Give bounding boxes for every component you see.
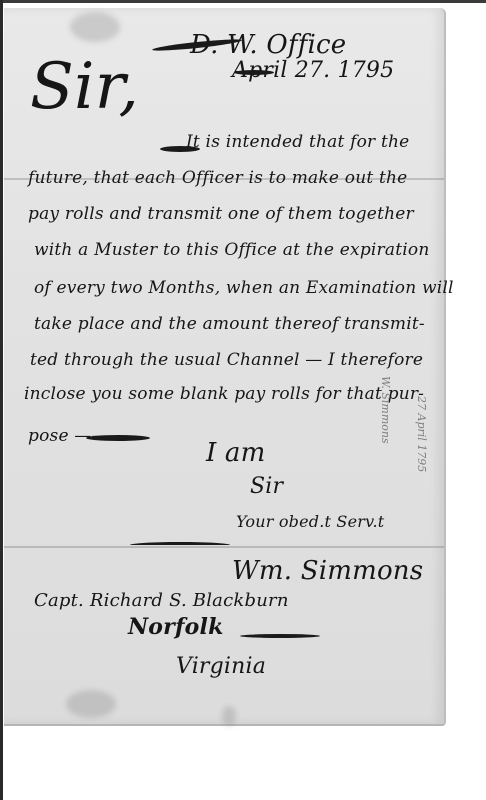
signature-flourish: [130, 542, 230, 548]
closing-sir: Sir: [250, 474, 283, 499]
date-flourish: [234, 70, 274, 75]
body-line: with a Muster to this Office at the expi…: [34, 240, 429, 260]
dash-flourish: [86, 435, 150, 441]
scan-border-top: [0, 0, 486, 3]
body-line: inclose you some blank pay rolls for tha…: [24, 384, 424, 404]
closing-i-am: I am: [206, 438, 266, 468]
body-line: future, that each Officer is to make out…: [28, 168, 407, 188]
closing-obedient-servant: Your obed.t Serv.t: [236, 512, 384, 531]
body-line: It is intended that for the: [186, 132, 409, 152]
margin-note: W. Simmons: [379, 376, 392, 444]
paper-stain: [66, 690, 116, 718]
margin-note: 27 April 1795: [415, 396, 428, 472]
salutation: Sir,: [30, 50, 139, 124]
city-underline: [240, 634, 320, 638]
paper-stain: [222, 706, 236, 726]
body-line: ted through the usual Channel — I theref…: [30, 350, 423, 370]
paragraph-flourish: [160, 146, 200, 152]
body-line: take place and the amount thereof transm…: [34, 314, 425, 334]
body-line: of every two Months, when an Examination…: [34, 278, 454, 298]
scan-border-left: [0, 0, 3, 800]
recipient-state: Virginia: [176, 654, 266, 679]
paper-stain: [70, 12, 120, 42]
recipient-name: Capt. Richard S. Blackburn: [34, 590, 289, 611]
signature: Wm. Simmons: [232, 556, 423, 586]
recipient-city: Norfolk: [128, 614, 224, 640]
body-line: pay rolls and transmit one of them toget…: [28, 204, 414, 224]
